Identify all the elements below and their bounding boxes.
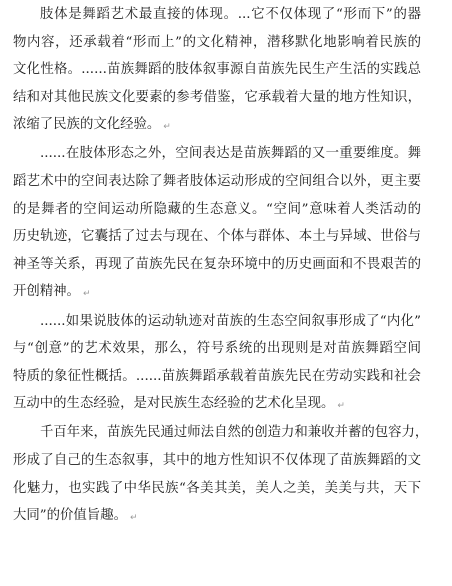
text-line: 千百年来，苗族先民通过师法自然的创造力和兼收并蓄的包容力，	[13, 419, 421, 447]
document-body: 肢体是舞蹈艺术最直接的体现。...它不仅体现了“形而下”的器 物内容，还承载着“…	[13, 1, 421, 531]
text-line: 与“创意”的艺术效果，那么，符号系统的出现则是对苗族舞蹈空间	[13, 335, 421, 363]
text-line: 神圣等关系，再现了苗族先民在复杂环境中的历史画面和不畏艰苦的	[13, 251, 421, 279]
text-line-content: 开创精神。	[13, 284, 80, 299]
paragraph-mark-icon: ↵	[130, 513, 138, 523]
text-line: ......在肢体形态之外，空间表达是苗族舞蹈的又一重要维度。舞	[13, 140, 421, 168]
text-line: 化魅力，也实践了中华民族“各美其美，美人之美，美美与共，天下	[13, 475, 421, 503]
paragraph-1: 肢体是舞蹈艺术最直接的体现。...它不仅体现了“形而下”的器 物内容，还承载着“…	[13, 1, 421, 139]
text-line: 物内容，还承载着“形而上”的文化精神，潜移默化地影响着民族的	[13, 29, 421, 57]
text-line: 特质的象征性概括。......苗族舞蹈承载着苗族先民在劳动实践和社会	[13, 363, 421, 391]
text-line: 蹈艺术中的空间表达除了舞者肢体运动形成的空间组合以外，更主要	[13, 168, 421, 196]
text-line: 肢体是舞蹈艺术最直接的体现。...它不仅体现了“形而下”的器	[13, 1, 421, 29]
text-line-last: 浓缩了民族的文化经验。↵	[13, 111, 421, 139]
text-line: 文化性格。......苗族舞蹈的肢体叙事源自苗族先民生产生活的实践总	[13, 56, 421, 84]
text-line-last: 大同”的价值旨趣。↵	[13, 502, 421, 530]
text-line-content: 互动中的生态经验，是对民族生态经验的艺术化呈现。	[13, 396, 334, 411]
text-line-content: 浓缩了民族的文化经验。	[13, 117, 160, 132]
text-line: 历史轨迹，它囊括了过去与现在、个体与群体、本土与异域、世俗与	[13, 223, 421, 251]
text-line-last: 互动中的生态经验，是对民族生态经验的艺术化呈现。↵	[13, 390, 421, 418]
paragraph-mark-icon: ↵	[337, 401, 345, 411]
text-line-content: 大同”的价值旨趣。	[13, 508, 127, 523]
text-line: ......如果说肢体的运动轨迹对苗族的生态空间叙事形成了“内化”	[13, 308, 421, 336]
paragraph-mark-icon: ↵	[163, 122, 171, 132]
paragraph-3: ......如果说肢体的运动轨迹对苗族的生态空间叙事形成了“内化” 与“创意”的…	[13, 308, 421, 418]
text-line-last: 开创精神。↵	[13, 278, 421, 306]
paragraph-4: 千百年来，苗族先民通过师法自然的创造力和兼收并蓄的包容力， 形成了自己的生态叙事…	[13, 419, 421, 529]
text-line: 形成了自己的生态叙事，其中的地方性知识不仅体现了苗族舞蹈的文	[13, 447, 421, 475]
text-line: 结和对其他民族文化要素的参考借鉴，它承载着大量的地方性知识，	[13, 84, 421, 112]
text-line: 的是舞者的空间运动所隐藏的生态意义。“空间”意味着人类活动的	[13, 196, 421, 224]
paragraph-mark-icon: ↵	[83, 289, 91, 299]
paragraph-2: ......在肢体形态之外，空间表达是苗族舞蹈的又一重要维度。舞 蹈艺术中的空间…	[13, 140, 421, 306]
